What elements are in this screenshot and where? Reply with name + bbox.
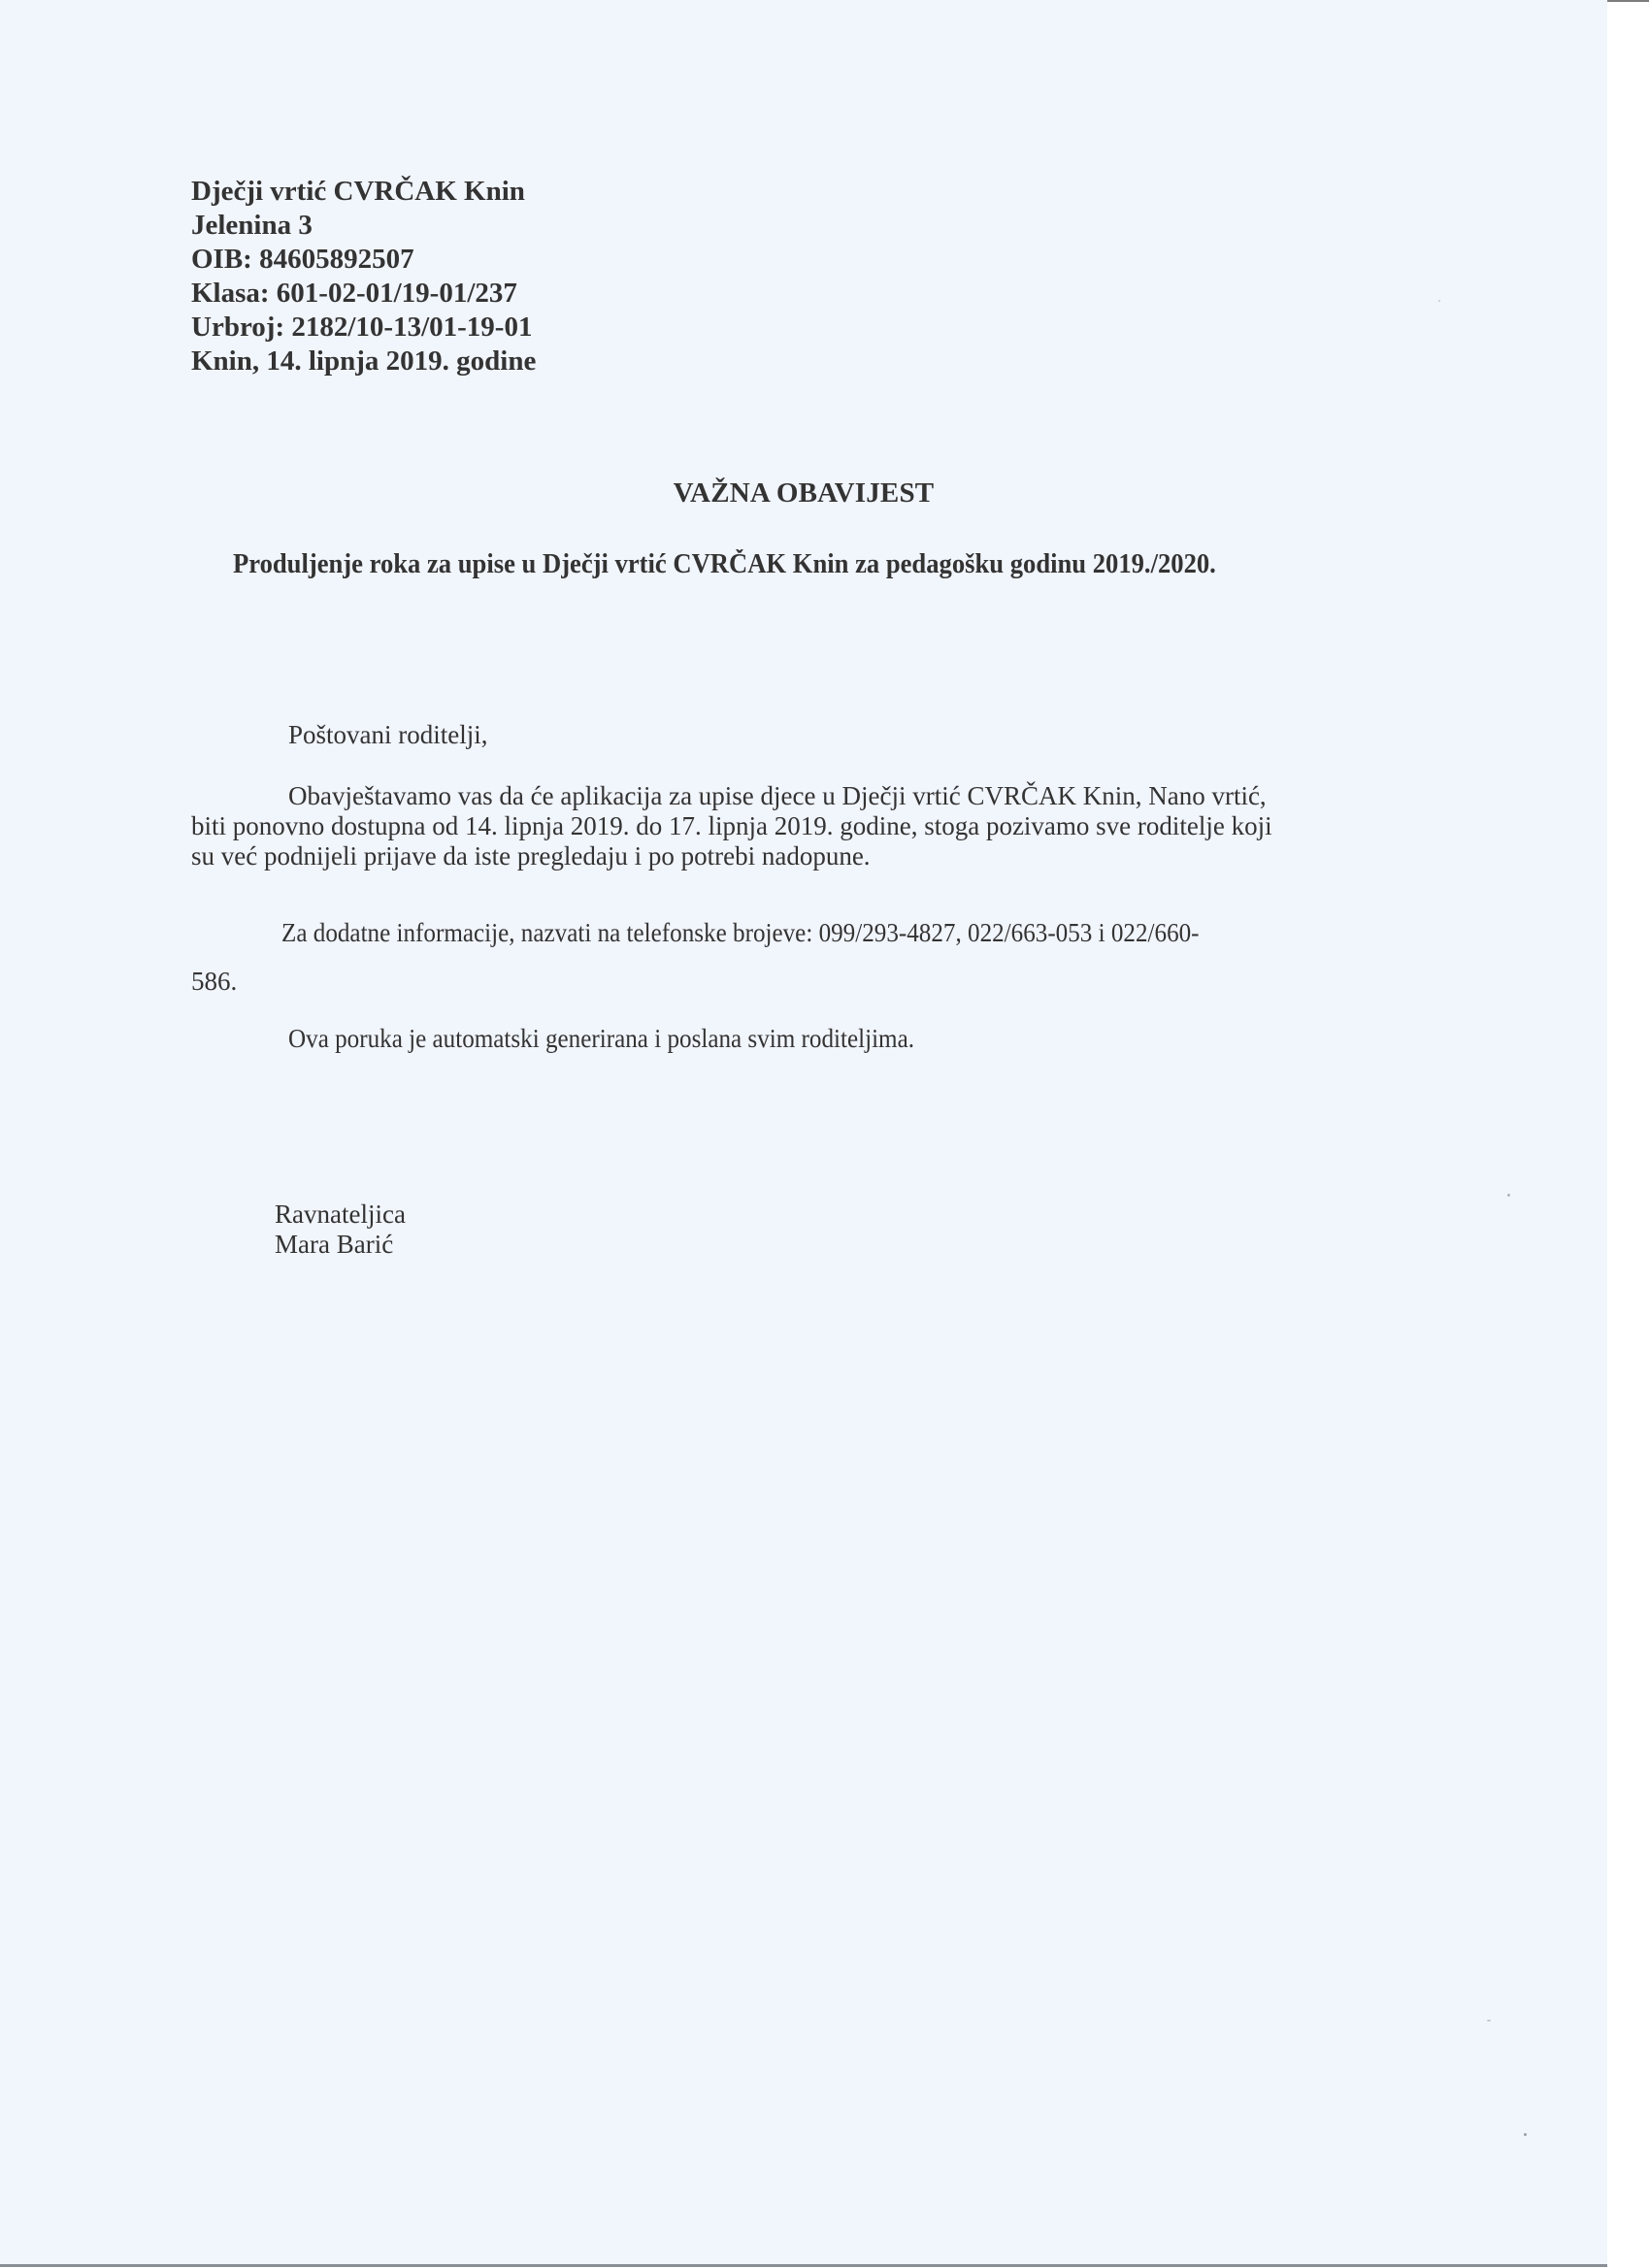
paragraph-enrollment-info: Obavještavamo vas da će aplikacija za up… — [191, 781, 1420, 871]
notice-subtitle: Produljenje roka za upise u Dječji vrtić… — [233, 549, 1216, 580]
signatory-role: Ravnateljica — [275, 1200, 406, 1230]
paragraph-line: Za dodatne informacije, nazvati na telef… — [191, 918, 1334, 948]
scan-speck — [1487, 2020, 1491, 2021]
letterhead: Dječji vrtić CVRČAK Knin Jelenina 3 OIB:… — [191, 175, 536, 378]
scanner-edge — [1607, 0, 1649, 2]
paragraph-line: su već podnijeli prijave da iste pregled… — [191, 841, 1420, 871]
scan-speck — [1507, 1194, 1510, 1197]
greeting: Poštovani roditelji, — [288, 720, 488, 750]
signature-block: Ravnateljica Mara Barić — [275, 1200, 406, 1260]
place-and-date: Knin, 14. lipnja 2019. godine — [191, 345, 536, 378]
institution-address: Jelenina 3 — [191, 209, 536, 243]
oib-number: OIB: 84605892507 — [191, 243, 536, 277]
institution-name: Dječji vrtić CVRČAK Knin — [191, 175, 536, 209]
scan-speck — [1438, 300, 1440, 302]
paragraph-line: biti ponovno dostupna od 14. lipnja 2019… — [191, 811, 1420, 841]
paragraph-line: 586. — [191, 967, 1420, 997]
klasa-number: Klasa: 601-02-01/19-01/237 — [191, 277, 536, 311]
scanned-page: Dječji vrtić CVRČAK Knin Jelenina 3 OIB:… — [0, 0, 1607, 2267]
scan-speck — [1524, 2133, 1527, 2136]
paragraph-contact-info: Za dodatne informacije, nazvati na telef… — [191, 918, 1420, 997]
notice-title: VAŽNA OBAVIJEST — [0, 477, 1607, 509]
paragraph-line: Obavještavamo vas da će aplikacija za up… — [191, 781, 1420, 811]
signatory-name: Mara Barić — [275, 1230, 406, 1260]
closing-note: Ova poruka je automatski generirana i po… — [288, 1024, 914, 1054]
urbroj-number: Urbroj: 2182/10-13/01-19-01 — [191, 311, 536, 345]
